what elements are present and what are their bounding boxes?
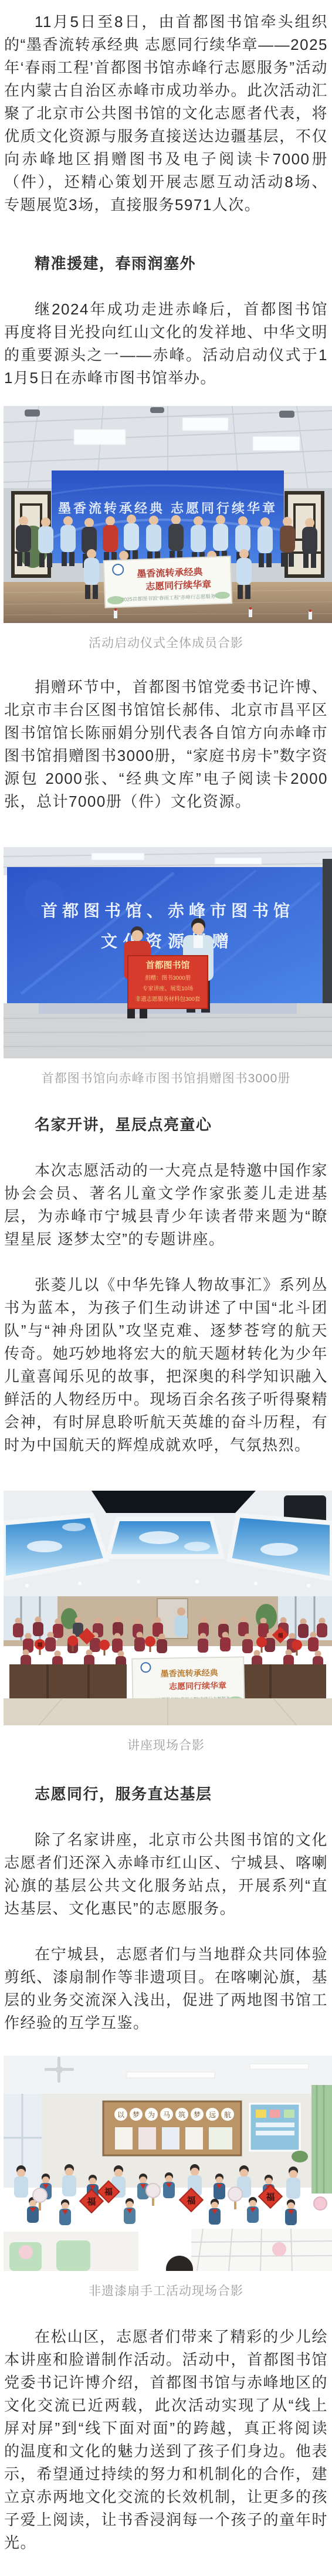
paragraph-songshan-closing: 在松山区，志愿者们带来了精彩的少儿绘本讲座和脸谱制作活动。活动中，首都图书馆党委… [0,2325,332,2554]
fu-character: 福 [265,2192,275,2202]
sign-line1: 捐赠：图书3000册 [145,974,191,981]
board-char: 梦 [194,2110,201,2119]
child-in-front [166,2256,193,2271]
side-window [323,859,332,1006]
photo-lecture-hall: 福 福 墨香流转承经典 志愿同行续华章 2025首都图书馆“春雨工程”赤峰行志愿… [4,1491,332,1725]
sign-line2: 专家讲座、展览10场 [143,985,194,992]
board-char: 航 [224,2111,231,2119]
screen-line2: 文化资源捐赠 [101,932,235,950]
donation-graphic: 首都图书馆、赤峰市图书馆 文化资源捐赠 [4,847,332,1058]
event-banner: 墨香流转承经典 志愿同行续华章 2025首都图书馆“春雨工程”赤峰行志愿服务 [104,556,232,607]
board-char: 马 [163,2111,170,2119]
section-heading-lecture: 名家开讲，星辰点亮童心 [0,1113,332,1136]
photo3-caption: 讲座现场合影 [0,1737,332,1755]
ceiling-recess [92,1491,256,1513]
screen-line1: 首都图书馆、赤峰市图书馆 [41,901,294,920]
paragraph-launch: 继2024年成功走进赤峰后，首都图书馆再度将目光投向红山文化的发祥地、中华文明的… [0,298,332,390]
board-char: 梦 [133,2110,140,2119]
launch-ceremony-graphic: 墨香流转承经典 志愿同行续华章 [4,406,332,623]
board-char: 以 [117,2111,125,2119]
tile-floor [4,1698,332,1725]
sign-line3: 非遗志愿服务材料包300套 [135,996,201,1003]
photo-launch-ceremony: 墨香流转承经典 志愿同行续华章 [4,406,332,623]
people-front [27,2197,297,2225]
bulletin-board: 以 梦 为 马 筑 梦 远 航 [103,2101,241,2155]
paragraph-lecture-detail: 张菱儿以《中华先锋人物故事汇》系列丛书为蓝本，为孩子们生动讲述了中国“北斗团队”… [0,1274,332,1457]
fu-character: 福 [37,1641,42,1648]
screen-slogan-text: 墨香流转承经典 志愿同行续华章 [58,501,277,516]
board-char: 筑 [178,2111,185,2119]
photo2-caption: 首都图书馆向赤峰市图书馆捐赠图书3000册 [0,1070,332,1088]
paragraph-donation: 捐赠环节中，首都图书馆党委书记许博、北京市丰台区图书馆馆长郝伟、北京市昌平区图书… [0,676,332,813]
donation-sign: 首都图书馆 捐赠：图书3000册 专家讲座、展览10场 非遗志愿服务材料包300… [128,956,208,1008]
photo-book-donation: 首都图书馆、赤峰市图书馆 文化资源捐赠 [4,847,332,1058]
article-page: 11月5日至8日，由首都图书馆牵头组织的“墨香流转承经典 志愿同行续华章——20… [0,0,332,2576]
board-char: 为 [148,2110,155,2119]
banner-line2: 志愿同行续华章 [169,1681,226,1691]
photo1-caption: 活动启动仪式全体成员合影 [0,635,332,652]
paragraph-intro: 11月5日至8日，由首都图书馆牵头组织的“墨香流转承经典 志愿同行续华章——20… [0,11,332,216]
fu-character: 福 [86,2196,96,2207]
class-board-right [250,2104,300,2151]
ceiling [4,2056,332,2094]
handicraft-graphic: 以 梦 为 马 筑 梦 远 航 [4,2056,332,2271]
paragraph-ningcheng: 在宁城县，志愿者们与当地群众共同体验剪纸、漆扇制作等非遗项目。在喀喇沁旗，基层的… [0,1943,332,2035]
fu-character: 福 [186,2195,195,2206]
paragraph-lecture-intro: 本次志愿活动的一大亮点是特邀中国作家协会会员、著名儿童文学作家张菱儿走进基层，为… [0,1159,332,1251]
paragraph-grassroots: 除了名家讲座，北京市公共图书馆的文化志愿者们还深入赤峰市红山区、宁城县、喀喇沁旗… [0,1829,332,1920]
stage-floor [4,1003,332,1058]
fu-character: 福 [277,1632,283,1639]
board-char: 远 [209,2111,216,2119]
section-heading-volunteer: 志愿同行，服务直达基层 [0,1783,332,1806]
fu-character: 福 [104,2187,113,2196]
section-heading-aid: 精准援建，春雨润塞外 [0,252,332,275]
photo-handicraft-activity: 以 梦 为 马 筑 梦 远 航 [4,2056,332,2271]
banner-line1: 墨香流转承经典 [161,1668,219,1678]
photo4-caption: 非遗漆扇手工活动现场合影 [0,2283,332,2300]
sign-title: 首都图书馆 [145,960,190,970]
lecture-hall-graphic: 福 福 墨香流转承经典 志愿同行续华章 2025首都图书馆“春雨工程”赤峰行志愿… [4,1491,332,1725]
